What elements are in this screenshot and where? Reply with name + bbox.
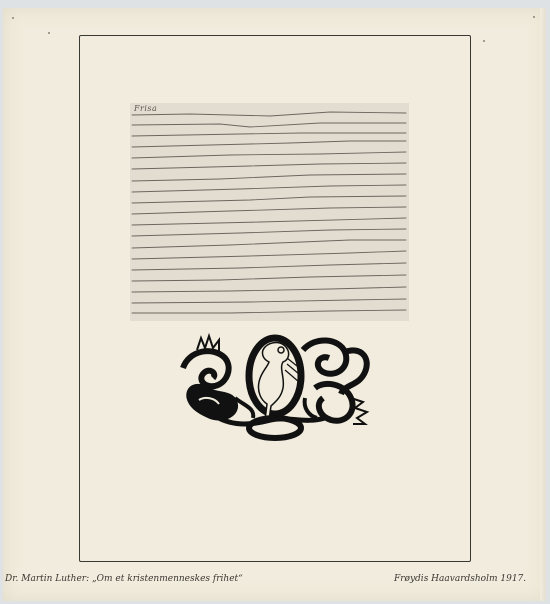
caption-book-title: Dr. Martin Luther: „Om et kristenmennesk… [5, 574, 243, 584]
ruled-lines [130, 103, 409, 321]
text-block-placeholder: Frisa [130, 103, 409, 321]
paper-speck [48, 32, 50, 34]
paper-speck [483, 40, 485, 42]
paper-speck [12, 17, 14, 19]
sheet-edge [540, 8, 546, 601]
paper-speck [533, 16, 535, 18]
ornamental-vignette [175, 328, 375, 443]
caption-artist-signature: Frøydis Haavardsholm 1917. [394, 574, 526, 584]
